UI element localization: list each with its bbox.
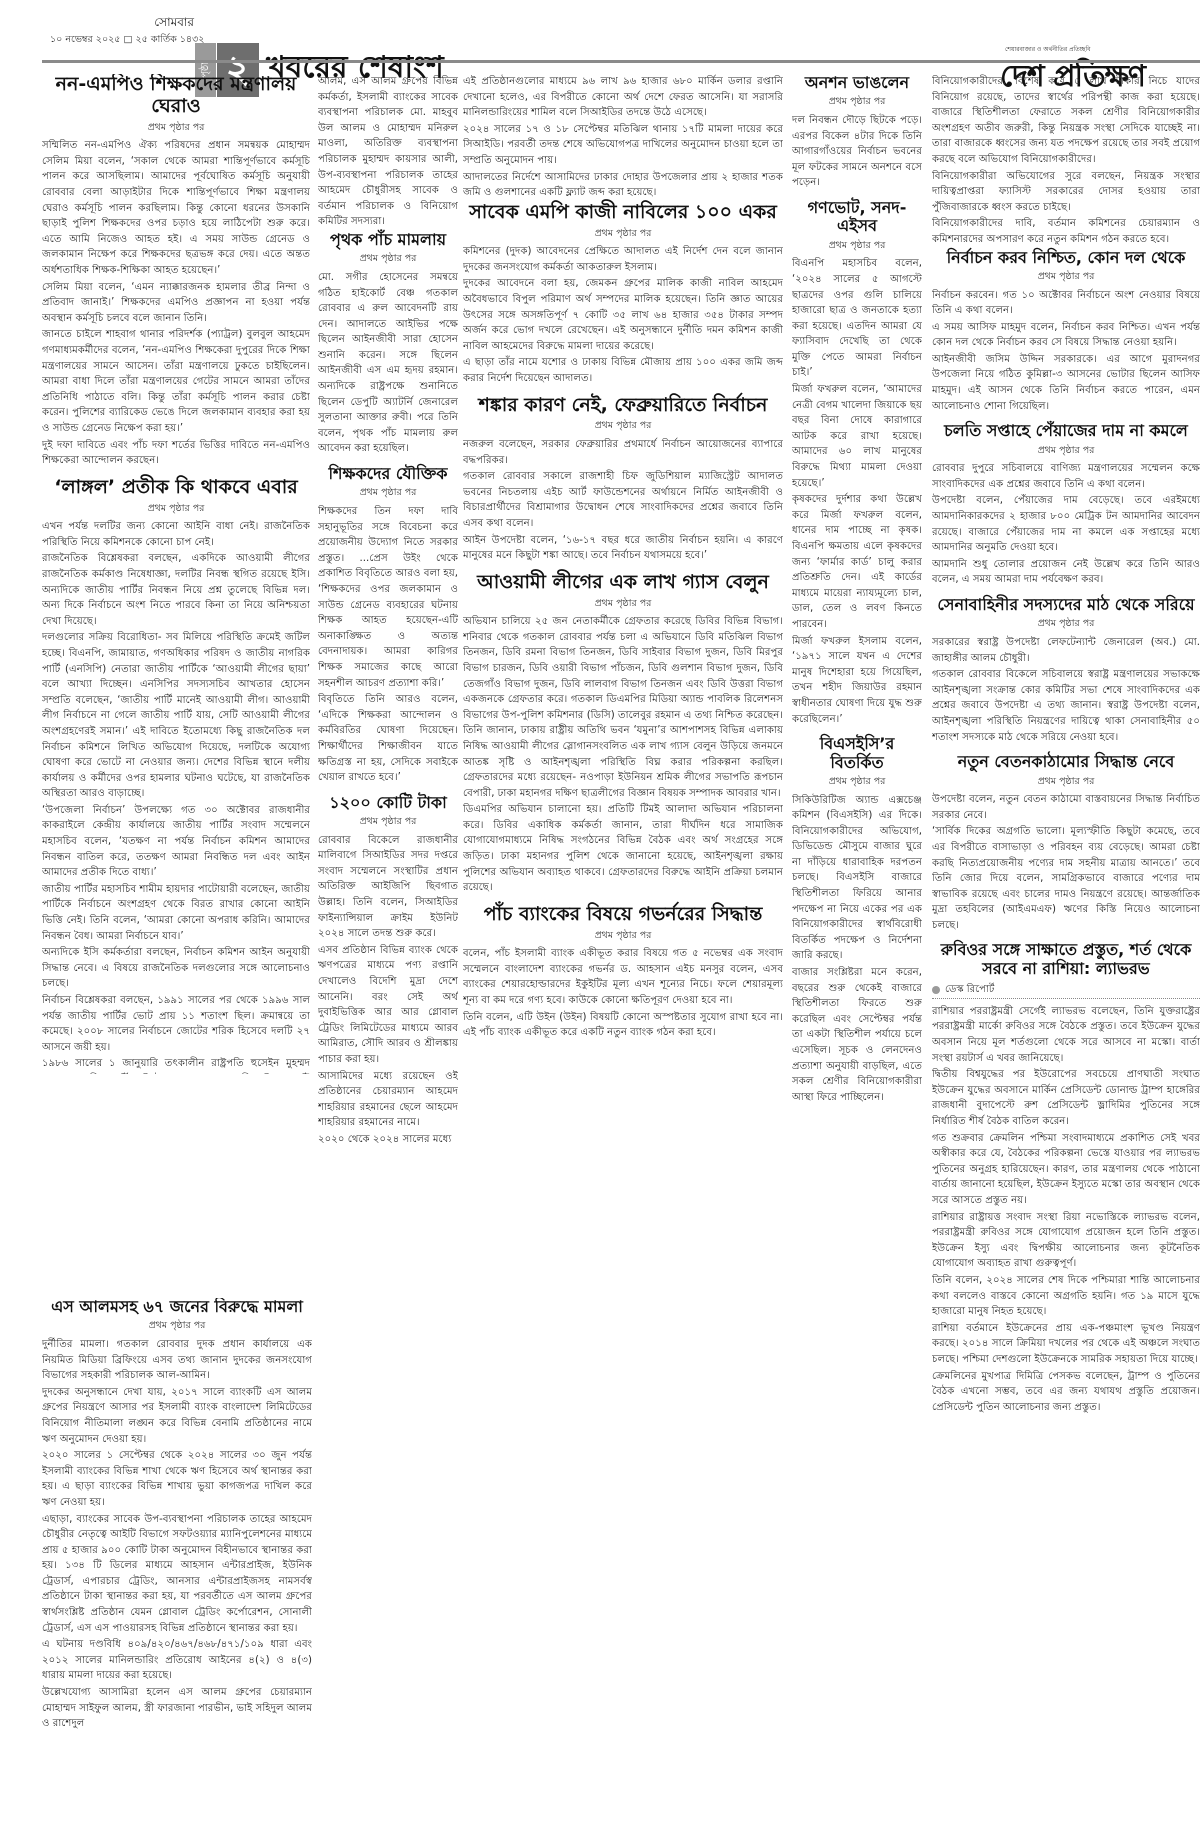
paragraph: ‘উপজেলা নির্বাচন’ উপলক্ষ্যে গত ৩০ অক্টোব… xyxy=(42,803,310,881)
article-election-certain: নির্বাচন করব নিশ্চিত, কোন দল থেকে প্রথম … xyxy=(932,249,1200,415)
paragraph: ২০২৪ সালের ১৭ ও ১৮ সেপ্টেম্বর মতিঝিল থান… xyxy=(463,122,783,169)
article-body: সরকারের স্বরাষ্ট্র উপদেষ্টা লেফটেন্যান্ট… xyxy=(932,635,1200,745)
paragraph: ‘সার্বিক দিকের অগ্রগতি ভালো। মূল্যস্ফীতি… xyxy=(932,824,1200,933)
jump-label: প্রথম পৃষ্ঠার পর xyxy=(463,928,783,944)
paragraph: বিনিয়োগকারীদের, বিশেষ করে ৫ লাখ টাকার ন… xyxy=(932,74,1200,168)
byline: ডেস্ক রিপোর্ট xyxy=(932,982,1200,999)
article-body: উপদেষ্টা বলেন, নতুন বেতন কাঠামো বাস্তবায… xyxy=(932,792,1200,933)
headline: আওয়ামী লীগের এক লাখ গ্যাস বেলুন xyxy=(463,572,783,594)
headline: অনশন ভাঙলেন xyxy=(792,74,922,92)
article-body: বিনিয়োগকারীদের, বিশেষ করে ৫ লাখ টাকার ন… xyxy=(932,74,1200,248)
paragraph: এ সময় আসিফ মাহমুদ বলেন, নির্বাচন করব নি… xyxy=(932,320,1200,351)
paragraph: জানতে চাইলে শাহবাগ থানার পরিদর্শক (প্যাট… xyxy=(42,327,310,436)
article-kazi-nabil: সাবেক এমপি কাজী নাবিলের ১০০ একর প্রথম পৃ… xyxy=(463,202,783,387)
article-body: সিকিউরিটিজ অ্যান্ড এক্সচেঞ্জ কমিশন (বিএস… xyxy=(792,793,922,1106)
paragraph: নির্বাচন বিশ্লেষকরা বলছেন, ১৯৯১ সালের পর… xyxy=(42,993,310,1055)
paragraph: এই প্রতিষ্ঠানগুলোর মাধ্যমে ৯৬ লাখ ৯৬ হাজ… xyxy=(463,74,783,121)
paragraph: নির্বাচন করবেন। গত ১০ অক্টোবর নির্বাচনে … xyxy=(932,288,1200,319)
article-bsec: বিএসইসি’র বিতর্কিত প্রথম পৃষ্ঠার পর সিকি… xyxy=(792,735,922,1105)
article-body: রোববার দুপুরে সচিবালয়ে বাণিজ্য মন্ত্রণা… xyxy=(932,461,1200,588)
paragraph: নজরুল বলেছেন, সরকার ফেব্রুয়ারির প্রথমার… xyxy=(463,437,783,468)
jump-label: প্রথম পৃষ্ঠার পর xyxy=(932,269,1200,285)
paragraph: বিএনপি মহাসচিব বলেন, ‘২০২৪ সালের ৫ আগস্ট… xyxy=(792,256,922,381)
article-body: এই প্রতিষ্ঠানগুলোর মাধ্যমে ৯৬ লাখ ৯৬ হাজ… xyxy=(463,74,783,201)
paragraph: দুদকের অনুসন্ধানে দেখা যায়, ২০১৭ সালে ব… xyxy=(42,1385,312,1447)
paragraph: দল নিবন্ধন দৌড়ে ছিটকে পড়ে। এরপর বিকেল … xyxy=(792,113,922,191)
jump-label: প্রথম পৃষ্ঠার পর xyxy=(463,418,783,434)
paragraph: কমিশনের (দুদক) আবেদনের প্রেক্ষিতে আদালত … xyxy=(463,244,783,275)
paragraph: ক্রেমলিনের মুখপাত্র দিমিত্রি পেসকভ বলেছে… xyxy=(932,1369,1200,1416)
paragraph: দলগুলোর সক্রিয় বিরোধিতা- সব মিলিয়ে পরি… xyxy=(42,630,310,802)
article-body: নির্বাচন করবেন। গত ১০ অক্টোবর নির্বাচনে … xyxy=(932,288,1200,415)
byline-text: ডেস্ক রিপোর্ট xyxy=(945,982,994,998)
jump-label: প্রথম পৃষ্ঠার পর xyxy=(318,251,458,267)
paragraph: গতকাল রোববার সকালে রাজশাহী চিফ জুডিশিয়া… xyxy=(463,469,783,531)
article-five-banks: পাঁচ ব্যাংকের বিষয়ে গভর্নরের সিদ্ধান্ত … xyxy=(463,904,783,1041)
paragraph: রাশিয়ার পররাষ্ট্রমন্ত্রী সের্গেই ল্যাভর… xyxy=(932,1004,1200,1066)
paragraph: বিনিয়োগকারীরা অভিযোগের সুরে বলছেন, নিয়… xyxy=(932,169,1200,216)
paragraph: সম্মিলিত নন-এমপিও ঐক্য পরিষদের প্রধান সম… xyxy=(42,138,310,278)
jump-label: প্রথম পৃষ্ঠার পর xyxy=(463,226,783,242)
article-no-fear-election: শঙ্কার কারণ নেই, ফেব্রুয়ারিতে নির্বাচন … xyxy=(463,395,783,564)
headline: ১২০০ কোটি টাকা xyxy=(318,794,458,812)
paragraph: ১৯৮৬ সালের ১ জানুয়ারি তৎকালীন রাষ্ট্রপত… xyxy=(42,1056,310,1074)
issue-date: ১০ নভেম্বর ২০২৫ □ ২৫ কার্তিক ১৪৩২ xyxy=(50,33,194,48)
headline: নির্বাচন করব নিশ্চিত, কোন দল থেকে xyxy=(932,249,1200,267)
article-gonovote: গণভোট, সনদ-এইসব প্রথম পৃষ্ঠার পর বিএনপি … xyxy=(792,199,922,727)
article-body: সম্মিলিত নন-এমপিও ঐক্য পরিষদের প্রধান সম… xyxy=(42,138,310,468)
paragraph: এখন পর্যন্ত দলটির জন্য কোনো আইনি বাধা নে… xyxy=(42,519,310,550)
paragraph: দ্বিতীয় বিশ্বযুদ্ধের পর ইউরোপের সবচেয়ে… xyxy=(932,1067,1200,1129)
paragraph: ডিএমপির অভিযান চালানো হয়। প্রতিটি টিমই … xyxy=(463,802,783,896)
jump-label: প্রথম পৃষ্ঠার পর xyxy=(318,814,458,830)
article-new-pay-scale: নতুন বেতনকাঠামোর সিদ্ধান্ত নেবে প্রথম পৃ… xyxy=(932,753,1200,933)
paragraph: মির্জা ফখরুল ইসলাম বলেন, ‘১৯৭১ সালে যখন … xyxy=(792,634,922,728)
article-body: দল নিবন্ধন দৌড়ে ছিটকে পড়ে। এরপর বিকেল … xyxy=(792,113,922,191)
paragraph: দুদকের আবেদনে বলা হয়, জেমকন গ্রুপের মাল… xyxy=(463,276,783,354)
column-4: অনশন ভাঙলেন প্রথম পৃষ্ঠার পর দল নিবন্ধন … xyxy=(792,74,922,1843)
paragraph: জাতীয় পার্টির মহাসচিব শামীম হায়দার পাট… xyxy=(42,882,310,944)
article-awami-balloon: আওয়ামী লীগের এক লাখ গ্যাস বেলুন প্রথম প… xyxy=(463,572,783,896)
article-body: আলম, এস আলম গ্রুপের বিভিন্ন কর্মকর্তা, ই… xyxy=(318,74,458,230)
paragraph: রোববার বিকেলে রাজধানীর মালিবাগে সিআইডির … xyxy=(318,833,458,942)
paragraph: বাজার সংশ্লিষ্টরা মনে করেন, বছরের শুরু থ… xyxy=(792,965,922,1105)
paragraph: উপদেষ্টা বলেন, নতুন বেতন কাঠামো বাস্তবায… xyxy=(932,792,1200,823)
article-teacher-logic: শিক্ষকদের যৌক্তিক প্রথম পৃষ্ঠার পর শিক্ষ… xyxy=(318,465,458,786)
paragraph: সরকারের স্বরাষ্ট্র উপদেষ্টা লেফটেন্যান্ট… xyxy=(932,635,1200,666)
paragraph: মির্জা ফখরুল বলেন, ‘আমাদের নেত্রী বেগম খ… xyxy=(792,382,922,491)
masthead: সোমবার ১০ নভেম্বর ২০২৫ □ ২৫ কার্তিক ১৪৩২… xyxy=(0,0,1200,62)
paragraph: সিকিউরিটিজ অ্যান্ড এক্সচেঞ্জ কমিশন (বিএস… xyxy=(792,793,922,965)
headline: ‘লাঙ্গল’ প্রতীক কি থাকবে এবার xyxy=(42,477,310,499)
paragraph: কৃষকদের দুর্দশার কথা উল্লেখ করে মির্জা ফ… xyxy=(792,492,922,632)
paragraph: আদালতের নির্দেশে আসামিদের ঢাকার দোহার উপ… xyxy=(463,170,783,201)
headline: পৃথক পাঁচ মামলায় xyxy=(318,231,458,249)
paragraph: সেলিম মিয়া বলেন, ‘এমন ন্যাক্কারজনক হামল… xyxy=(42,280,310,327)
paragraph: এ ঘটনায় দণ্ডবিধি ৪০৯/৪২০/৪৬৭/৪৬৮/৪৭১/১০… xyxy=(42,1637,312,1684)
paragraph: গতকাল রোববার বিকেলে সচিবালয়ে স্বরাষ্ট্র… xyxy=(932,667,1200,745)
jump-label: প্রথম পৃষ্ঠার পর xyxy=(932,443,1200,459)
paragraph: আলম, এস আলম গ্রুপের বিভিন্ন কর্মকর্তা, ই… xyxy=(318,74,458,230)
header-rule xyxy=(42,60,1200,63)
column-3: এই প্রতিষ্ঠানগুলোর মাধ্যমে ৯৬ লাখ ৯৬ হাজ… xyxy=(463,74,783,1843)
article-body: এখন পর্যন্ত দলটির জন্য কোনো আইনি বাধা নে… xyxy=(42,519,310,1074)
article-prithok-mamla: পৃথক পাঁচ মামলায় প্রথম পৃষ্ঠার পর মো. স… xyxy=(318,231,458,457)
paragraph: বলেন, পাঁচ ইসলামী ব্যাংক একীভূত করার বিষ… xyxy=(463,946,783,1008)
paragraph: শিক্ষকদের তিন দফা দাবি সহানুভূতির সঙ্গে … xyxy=(318,504,458,691)
headline: নতুন বেতনকাঠামোর সিদ্ধান্ত নেবে xyxy=(932,753,1200,771)
paragraph: দুর্নীতির মামলা। গতকাল রোববার দুদক প্রধা… xyxy=(42,1337,312,1384)
article-non-mpo: নন-এমপিও শিক্ষকদের মন্ত্রণালয় ঘেরাও প্র… xyxy=(42,74,310,469)
article-body: নজরুল বলেছেন, সরকার ফেব্রুয়ারির প্রথমার… xyxy=(463,437,783,564)
paragraph: দুই দফা দাবিতে এবং পাঁচ দফা শর্তের ভিত্ত… xyxy=(42,438,310,469)
article-crore-taka: ১২০০ কোটি টাকা প্রথম পৃষ্ঠার পর রোববার ব… xyxy=(318,794,458,1148)
article-body: বলেন, পাঁচ ইসলামী ব্যাংক একীভূত করার বিষ… xyxy=(463,946,783,1041)
column-5: বিনিয়োগকারীদের, বিশেষ করে ৫ লাখ টাকার ন… xyxy=(932,74,1200,1843)
jump-label: প্রথম পৃষ্ঠার পর xyxy=(42,501,310,517)
article-lanngol: ‘লাঙ্গল’ প্রতীক কি থাকবে এবার প্রথম পৃষ্… xyxy=(42,477,310,1074)
jump-label: প্রথম পৃষ্ঠার পর xyxy=(42,1318,312,1334)
headline: রুবিওর সঙ্গে সাক্ষাতে প্রস্তুত, শর্ত থেক… xyxy=(932,941,1200,978)
paragraph: এছাড়া, ব্যাংকের সাবেক উপ-ব্যবস্থাপনা পর… xyxy=(42,1512,312,1637)
paragraph: রাশিয়া বর্তমানে ইউক্রেনের প্রায় এক-পঞ্… xyxy=(932,1321,1200,1368)
headline: সেনাবাহিনীর সদস্যদের মাঠ থেকে সরিয়ে xyxy=(932,596,1200,614)
jump-label: প্রথম পৃষ্ঠার পর xyxy=(932,616,1200,632)
headline: সাবেক এমপি কাজী নাবিলের ১০০ একর xyxy=(463,202,783,224)
headline: শঙ্কার কারণ নেই, ফেব্রুয়ারিতে নির্বাচন xyxy=(463,395,783,417)
article-body: মো. সগীর হোসেনের সমন্বয়ে গঠিত হাইকোর্ট … xyxy=(318,270,458,457)
article-body: কমিশনের (দুদক) আবেদনের প্রেক্ষিতে আদালত … xyxy=(463,244,783,386)
article-body: রোববার বিকেলে রাজধানীর মালিবাগে সিআইডির … xyxy=(318,833,458,1148)
paragraph: ২০২০ সালের ১ সেপ্টেম্বর থেকে ২০২৪ সালের … xyxy=(42,1448,312,1510)
paragraph: গত শুক্রবার ক্রেমলিন পশ্চিমা সংবাদমাধ্যম… xyxy=(932,1131,1200,1209)
paragraph: অভিযান চালিয়ে ২৫ জন নেতাকর্মীকে গ্রেফতা… xyxy=(463,614,783,801)
column-1-lower: এস আলমসহ ৬৭ জনের বিরুদ্ধে মামলা প্রথম পৃ… xyxy=(42,1298,312,1843)
paragraph: রাশিয়ার রাষ্ট্রায়ত্ত সংবাদ সংস্থা রিয়… xyxy=(932,1210,1200,1272)
paragraph: তিনি বলেন, এটি উইন (উইন) বিষয়টি কোনো অস… xyxy=(463,1010,783,1041)
paragraph: বিনিয়োগকারীদের দাবি, বর্তমান কমিশনের চে… xyxy=(932,216,1200,247)
column-2: আলম, এস আলম গ্রুপের বিভিন্ন কর্মকর্তা, ই… xyxy=(318,74,458,1843)
paragraph: আইন উপদেষ্টা বলেন, ‘১৬-১৭ বছর ধরে জাতীয়… xyxy=(463,533,783,564)
article-body: রাশিয়ার পররাষ্ট্রমন্ত্রী সের্গেই ল্যাভর… xyxy=(932,1004,1200,1415)
issue-day: সোমবার xyxy=(150,14,194,34)
jump-label: প্রথম পৃষ্ঠার পর xyxy=(42,120,310,136)
article-body: দুর্নীতির মামলা। গতকাল রোববার দুদক প্রধা… xyxy=(42,1337,312,1732)
headline: নন-এমপিও শিক্ষকদের মন্ত্রণালয় ঘেরাও xyxy=(42,74,310,118)
bullet-icon xyxy=(932,986,940,994)
paragraph: ২০২০ থেকে ২০২৪ সালের মধ্যে xyxy=(318,1132,458,1148)
paragraph: আইনজীবী জসিম উদ্দিন সরকারকে। এর আগে মুরা… xyxy=(932,352,1200,414)
paragraph: আমদানি শুধু তোলার প্রয়োজন নেই উল্লেখ কর… xyxy=(932,557,1200,588)
article-body: শিক্ষকদের তিন দফা দাবি সহানুভূতির সঙ্গে … xyxy=(318,504,458,786)
paragraph: রোববার দুপুরে সচিবালয়ে বাণিজ্য মন্ত্রণা… xyxy=(932,461,1200,492)
paragraph: অন্যদিকে ইসি কর্মকর্তারা বলছেন, নির্বাচন… xyxy=(42,945,310,992)
article-rubio: রুবিওর সঙ্গে সাক্ষাতে প্রস্তুত, শর্ত থেক… xyxy=(932,941,1200,1415)
headline: গণভোট, সনদ-এইসব xyxy=(792,199,922,236)
paragraph: রাজনৈতিক বিশ্লেষকরা বলছেন, একদিকে আওয়াম… xyxy=(42,551,310,629)
jump-label: প্রথম পৃষ্ঠার পর xyxy=(463,596,783,612)
headline: চলতি সপ্তাহে পেঁয়াজের দাম না কমলে xyxy=(932,422,1200,440)
article-body: অভিযান চালিয়ে ২৫ জন নেতাকর্মীকে গ্রেফতা… xyxy=(463,614,783,896)
paragraph: মো. সগীর হোসেনের সমন্বয়ে গঠিত হাইকোর্ট … xyxy=(318,270,458,457)
column-1: নন-এমপিও শিক্ষকদের মন্ত্রণালয় ঘেরাও প্র… xyxy=(42,74,310,1074)
jump-label: প্রথম পৃষ্ঠার পর xyxy=(792,774,922,790)
headline: পাঁচ ব্যাংকের বিষয়ে গভর্নরের সিদ্ধান্ত xyxy=(463,904,783,926)
paragraph: এসব প্রতিষ্ঠান বিভিন্ন ব্যাংক থেকে ঋণপত্… xyxy=(318,943,458,1068)
article-army-field: সেনাবাহিনীর সদস্যদের মাঠ থেকে সরিয়ে প্র… xyxy=(932,596,1200,745)
paragraph: আসামিদের মধ্যে রয়েছেন ওই প্রতিষ্ঠানের চ… xyxy=(318,1069,458,1131)
paragraph: উপদেষ্টা বলেন, পেঁয়াজের দাম বেড়েছে। তব… xyxy=(932,493,1200,555)
article-body: বিএনপি মহাসচিব বলেন, ‘২০২৪ সালের ৫ আগস্ট… xyxy=(792,256,922,727)
headline: বিএসইসি’র বিতর্কিত xyxy=(792,735,922,772)
article-s-alam: এস আলমসহ ৬৭ জনের বিরুদ্ধে মামলা প্রথম পৃ… xyxy=(42,1298,312,1732)
jump-label: প্রথম পৃষ্ঠার পর xyxy=(932,774,1200,790)
headline: এস আলমসহ ৬৭ জনের বিরুদ্ধে মামলা xyxy=(42,1298,312,1316)
paragraph: উল্লেখযোগ্য আসামিরা হলেন এস আলম গ্রুপের … xyxy=(42,1685,312,1732)
article-onion: চলতি সপ্তাহে পেঁয়াজের দাম না কমলে প্রথম… xyxy=(932,422,1200,588)
jump-label: প্রথম পৃষ্ঠার পর xyxy=(792,238,922,254)
paragraph: বিবৃতিতে তিনি আরও বলেন, ‘এদিকে শিক্ষকরা … xyxy=(318,692,458,786)
paragraph: তিনি বলেন, ২০২৪ সালের শেষ দিকে পশ্চিমারা… xyxy=(932,1273,1200,1320)
article-hunger-strike: অনশন ভাঙলেন প্রথম পৃষ্ঠার পর দল নিবন্ধন … xyxy=(792,74,922,191)
headline: শিক্ষকদের যৌক্তিক xyxy=(318,465,458,483)
jump-label: প্রথম পৃষ্ঠার পর xyxy=(792,94,922,110)
jump-label: প্রথম পৃষ্ঠার পর xyxy=(318,485,458,501)
paragraph: এ ছাড়া তাঁর নামে যশোর ও ঢাকায় বিভিন্ন … xyxy=(463,355,783,386)
